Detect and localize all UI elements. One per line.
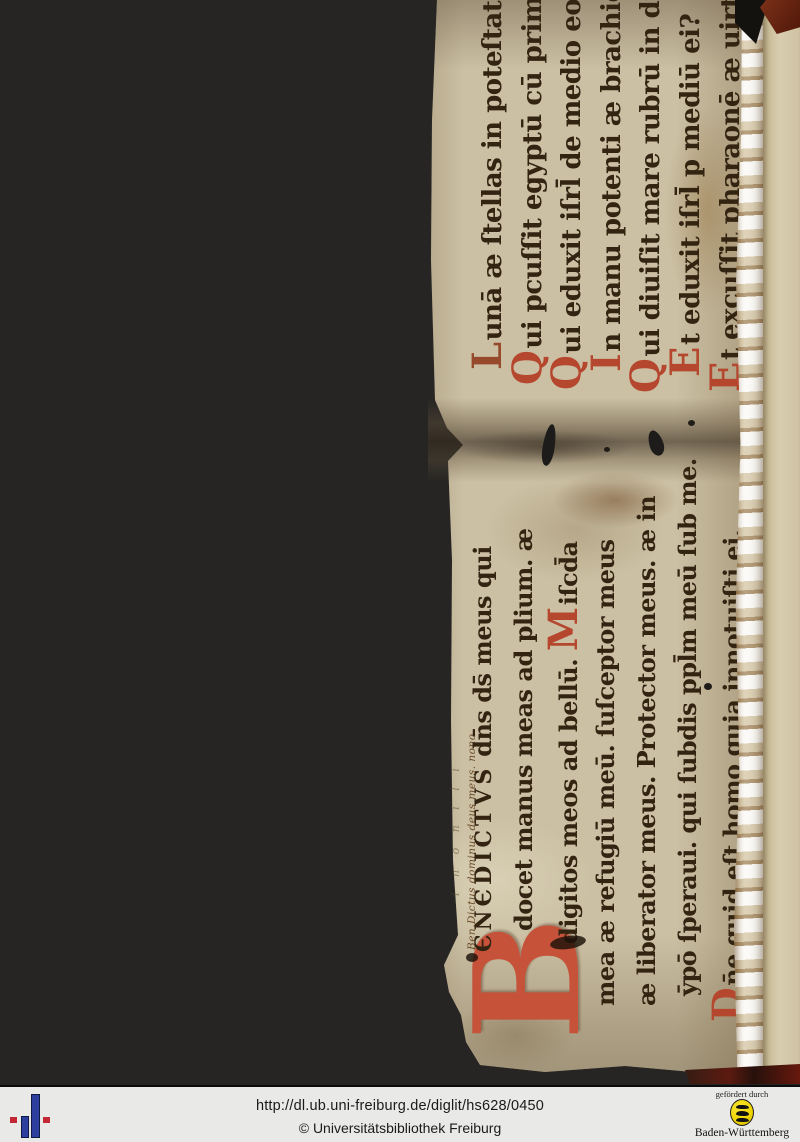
logo-red-square-left — [10, 1117, 17, 1123]
init-letter: M — [540, 607, 587, 651]
line-text: digitos meos ad bellū. — [554, 651, 583, 944]
manuscript-line: ȳpō ſperaui. qui ſubdis ppl̄m meū ſub me… — [667, 508, 708, 996]
manuscript-line: digitos meos ad bellū. Miſcd̄a — [544, 508, 585, 944]
scan-viewer-frame: Lunā æ ſtellas in poteſtatē noQui pcuſſi… — [0, 0, 800, 1142]
logo-blue-bar-tall — [31, 1094, 40, 1138]
manuscript-line: Qui eduxit iſrl̄ de medio eor̄ — [547, 0, 587, 390]
line-text: n manu potenti æ brachio — [597, 0, 627, 352]
lion-icon — [736, 1118, 749, 1123]
initial-damage-spot — [466, 953, 478, 962]
line-text: ȳpō ſperaui. qui ſubdis ppl̄m meū ſub me… — [673, 458, 702, 996]
parchment-speck — [688, 420, 695, 426]
copyright-notice: © Universitätsbibliothek Freiburg — [150, 1120, 650, 1136]
footer-bar: http://dl.ub.uni-freiburg.de/diglit/hs62… — [0, 1085, 800, 1142]
funding-credit: gefördert durch Baden-Württemberg — [686, 1087, 798, 1142]
line-text: ui diuiſit mare rubrū in du — [636, 0, 666, 357]
line-text: ui pcuſſit egyptū cū primog — [518, 0, 548, 349]
manuscript-line: Et eduxit iſrl̄ p mediū ei? — [666, 0, 706, 377]
manuscript-line: In manu potenti æ brachio — [587, 0, 627, 372]
adjacent-page-edge — [763, 0, 800, 1082]
caps-letter: ЄNЄDICTVS — [471, 765, 497, 952]
line-text: docet manus meas ad plium. æ — [509, 528, 538, 931]
manuscript-line: mea æ refugiū meū. ſuſceptor meus — [585, 508, 626, 1006]
pen-trials: i n o n i l i — [450, 762, 461, 896]
funding-region: Baden-Württemberg — [686, 1127, 798, 1139]
library-logo — [8, 1094, 58, 1140]
line-text: mea æ refugiū meū. ſuſceptor meus — [591, 539, 620, 1006]
line-text: iſcd̄a — [554, 541, 583, 605]
line-text: ui eduxit iſrl̄ de medio eor̄ — [557, 0, 587, 354]
manuscript-line: Qui diuiſit mare rubrū in du — [626, 0, 666, 393]
lion-icon — [736, 1111, 749, 1116]
line-text: unā æ ſtellas in poteſtatē no — [478, 0, 508, 340]
benedictus-text-block: B Ben.Dictus dominus deus meus. nono i n… — [462, 508, 752, 1036]
funding-label: gefördert durch — [686, 1089, 798, 1099]
logo-red-square-right — [43, 1117, 50, 1123]
manuscript-line: Lunā æ ſtellas in poteſtatē no — [468, 0, 508, 370]
line-text: dn̄s ds̄ meus qui — [468, 546, 497, 764]
manuscript-line: docet manus meas ad plium. æ — [503, 508, 544, 931]
line-text: t eduxit iſrl̄ p mediū ei? — [676, 14, 706, 345]
manuscript-line: æ liberator meus. Protector meus. æ in — [626, 508, 667, 1006]
line-text: æ liberator meus. Protector meus. æ in — [632, 496, 661, 1006]
baden-wuerttemberg-coat-of-arms-icon — [730, 1099, 754, 1126]
logo-blue-bar-short — [21, 1116, 29, 1138]
manuscript-line: Qui pcuſſit egyptū cū primog — [508, 0, 548, 385]
manuscript-line: ЄNЄDICTVS dn̄s ds̄ meus qui — [462, 508, 503, 952]
psalm-text-block: Lunā æ ſtellas in poteſtatē noQui pcuſſi… — [468, 0, 746, 395]
document-url: http://dl.ub.uni-freiburg.de/diglit/hs62… — [150, 1098, 650, 1114]
lion-icon — [736, 1105, 749, 1110]
manuscript-photo: Lunā æ ſtellas in poteſtatē noQui pcuſſi… — [0, 0, 800, 1085]
parchment-speck — [604, 447, 610, 452]
footer-text-block: http://dl.ub.uni-freiburg.de/diglit/hs62… — [150, 1087, 650, 1142]
